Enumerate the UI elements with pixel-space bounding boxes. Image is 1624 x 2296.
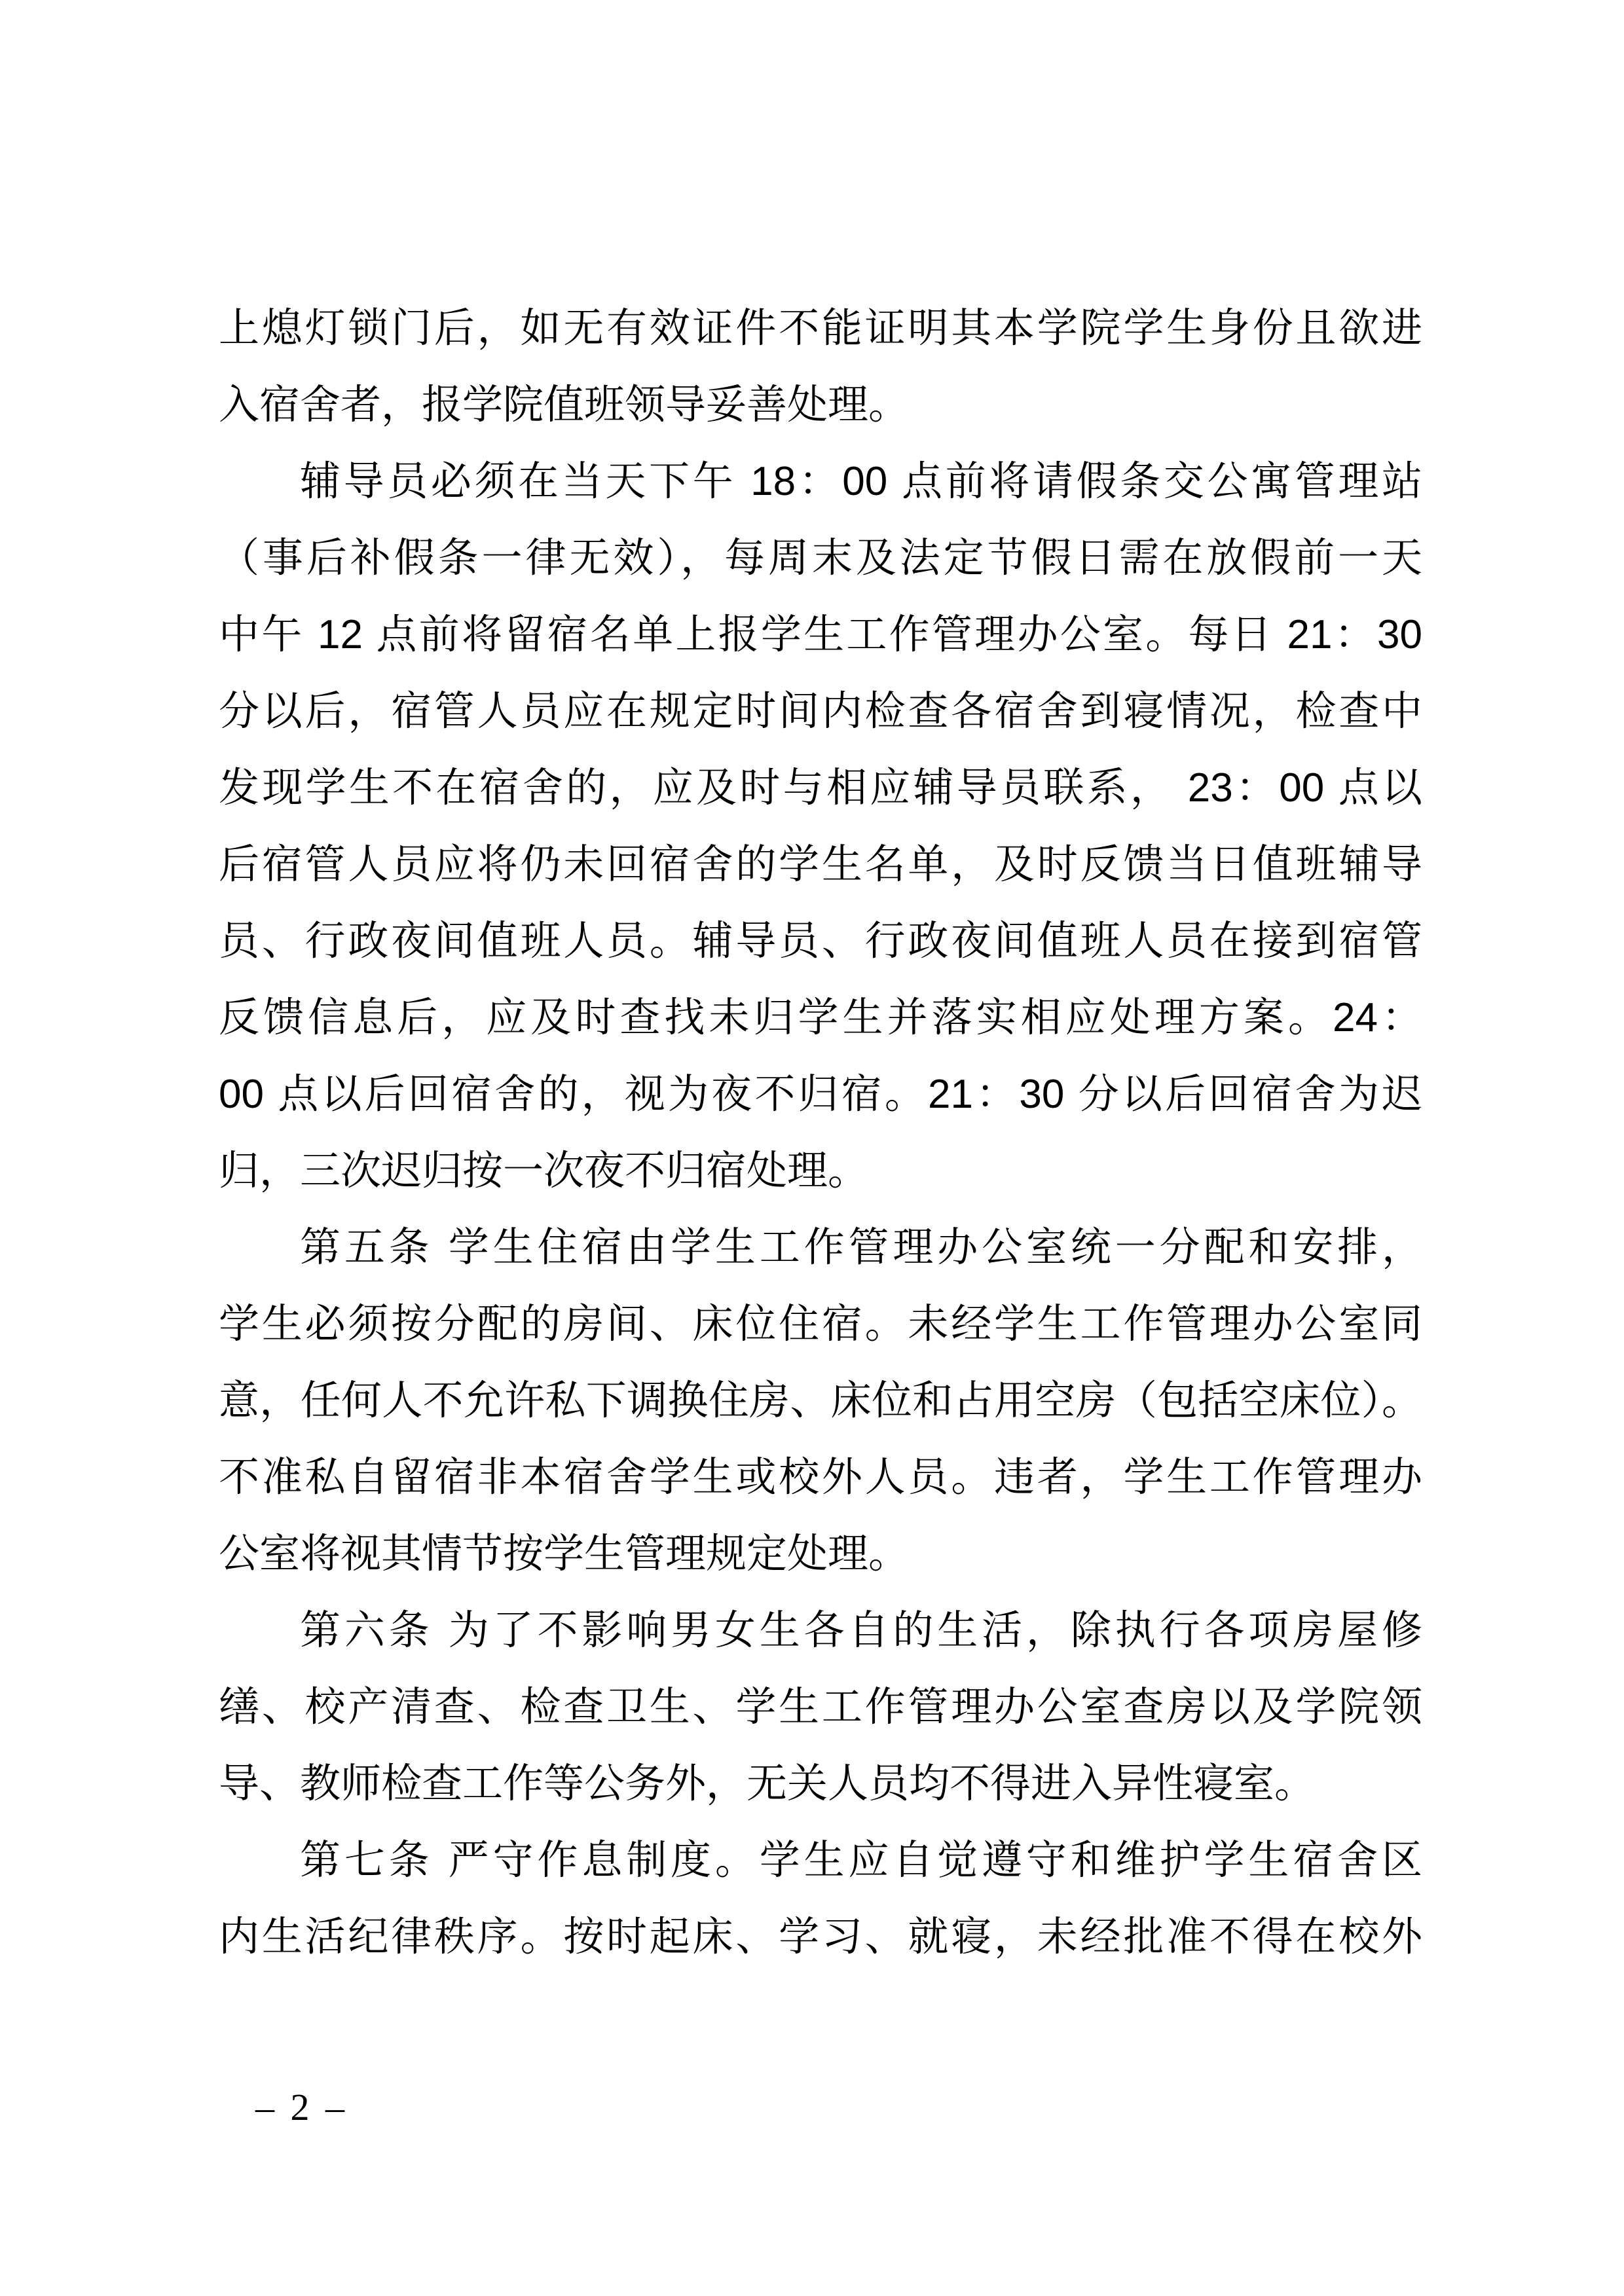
text-line: 归，三次迟归按一次夜不归宿处理。 (219, 1133, 1422, 1209)
text-line: 00 点以后回宿舍的，视为夜不归宿。21：30 分以后回宿舍为迟 (219, 1056, 1422, 1133)
text-line: 学生必须按分配的房间、床位住宿。未经学生工作管理办公室同 (219, 1286, 1422, 1362)
text-line: 反馈信息后，应及时查找未归学生并落实相应处理方案。24： (219, 979, 1422, 1056)
text-line: 公室将视其情节按学生管理规定处理。 (219, 1516, 1422, 1592)
text-line: 员、行政夜间值班人员。辅导员、行政夜间值班人员在接到宿管 (219, 903, 1422, 979)
document-body: 上熄灯锁门后，如无有效证件不能证明其本学院学生身份且欲进入宿舍者，报学院值班领导… (219, 290, 1422, 1975)
text-line: 发现学生不在宿舍的，应及时与相应辅导员联系， 23：00 点以 (219, 750, 1422, 826)
text-line: 不准私自留宿非本宿舍学生或校外人员。违者，学生工作管理办 (219, 1439, 1422, 1516)
text-line: 辅导员必须在当天下午 18：00 点前将请假条交公寓管理站 (219, 443, 1422, 520)
text-line: 缮、校产清查、检查卫生、学生工作管理办公室查房以及学院领 (219, 1669, 1422, 1745)
text-line: 后宿管人员应将仍未回宿舍的学生名单，及时反馈当日值班辅导 (219, 826, 1422, 903)
text-line: 导、教师检查工作等公务外，无关人员均不得进入异性寝室。 (219, 1745, 1422, 1822)
document-page: 上熄灯锁门后，如无有效证件不能证明其本学院学生身份且欲进入宿舍者，报学院值班领导… (0, 0, 1624, 2296)
text-line: （事后补假条一律无效），每周末及法定节假日需在放假前一天 (219, 520, 1422, 596)
text-line: 第五条 学生住宿由学生工作管理办公室统一分配和安排， (219, 1209, 1422, 1286)
text-line: 内生活纪律秩序。按时起床、学习、就寝，未经批准不得在校外 (219, 1899, 1422, 1975)
page-number: – 2 – (255, 2088, 344, 2126)
text-line: 第七条 严守作息制度。学生应自觉遵守和维护学生宿舍区 (219, 1822, 1422, 1899)
text-line: 入宿舍者，报学院值班领导妥善处理。 (219, 367, 1422, 443)
text-line: 中午 12 点前将留宿名单上报学生工作管理办公室。每日 21：30 (219, 596, 1422, 673)
text-line: 分以后，宿管人员应在规定时间内检查各宿舍到寝情况，检查中 (219, 673, 1422, 750)
text-line: 上熄灯锁门后，如无有效证件不能证明其本学院学生身份且欲进 (219, 290, 1422, 367)
text-line: 意，任何人不允许私下调换住房、床位和占用空房（包括空床位）。 (219, 1362, 1422, 1439)
text-line: 第六条 为了不影响男女生各自的生活，除执行各项房屋修 (219, 1592, 1422, 1669)
